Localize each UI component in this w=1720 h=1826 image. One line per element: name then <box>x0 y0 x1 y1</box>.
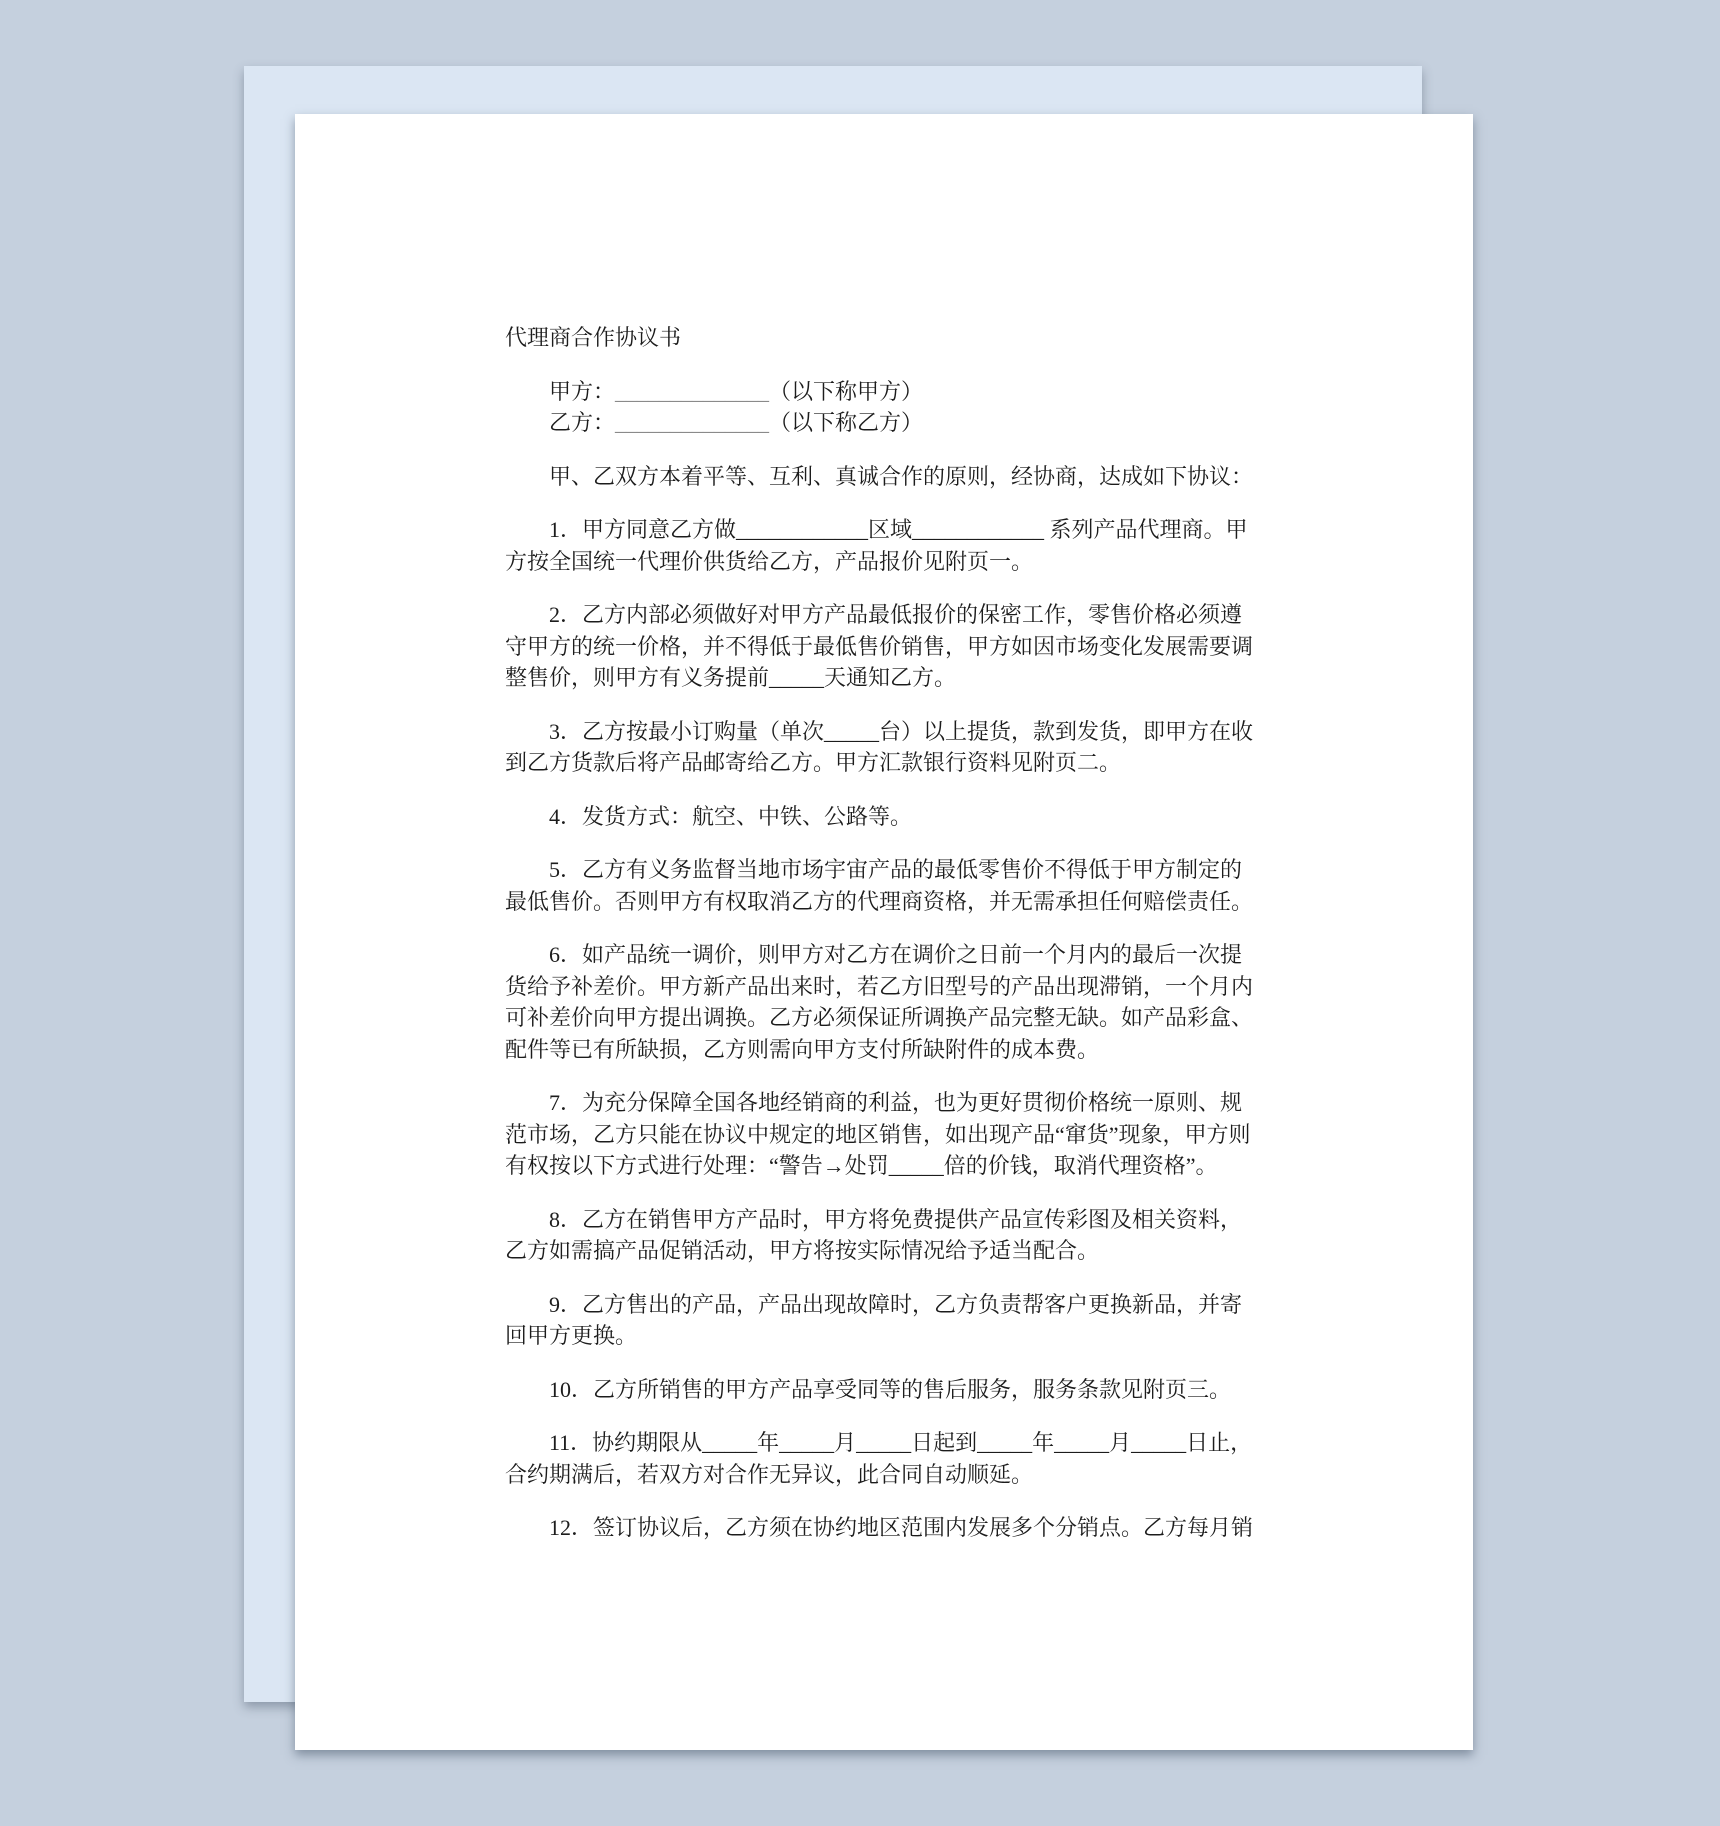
party-lines: 甲方：______________（以下称甲方） 乙方：____________… <box>505 376 1255 439</box>
party-a-line: 甲方：______________（以下称甲方） <box>505 376 1255 408</box>
intro-paragraph: 甲、乙双方本着平等、互利、真诚合作的原则，经协商，达成如下协议： <box>505 461 1255 493</box>
clause-paragraph-5: 5．乙方有义务监督当地市场宇宙产品的最低零售价不得低于甲方制定的最低售价。否则甲… <box>505 854 1255 917</box>
clause-paragraph-9: 9．乙方售出的产品，产品出现故障时，乙方负责帮客户更换新品，并寄回甲方更换。 <box>505 1289 1255 1352</box>
clause-paragraph-12: 12．签订协议后，乙方须在协约地区范围内发展多个分销点。乙方每月销 <box>505 1512 1255 1544</box>
party-b-blank-underline: ______________ <box>615 410 769 435</box>
clause-paragraph-8: 8．乙方在销售甲方产品时，甲方将免费提供产品宣传彩图及相关资料，乙方如需搞产品促… <box>505 1204 1255 1267</box>
party-a-label: 甲方： <box>549 379 615 404</box>
party-b-line: 乙方：______________（以下称乙方） <box>505 407 1255 439</box>
party-b-label: 乙方： <box>549 410 615 435</box>
clause-paragraph-7: 7．为充分保障全国各地经销商的利益，也为更好贯彻价格统一原则、规范市场，乙方只能… <box>505 1087 1255 1182</box>
clause-paragraph-10: 10．乙方所销售的甲方产品享受同等的售后服务，服务条款见附页三。 <box>505 1374 1255 1406</box>
desktop-background: { "colors":{ "bg":"#c5d0de", "sheet":"#d… <box>0 0 1720 1826</box>
clause-paragraph-2: 2．乙方内部必须做好对甲方产品最低报价的保密工作，零售价格必须遵守甲方的统一价格… <box>505 599 1255 694</box>
party-b-suffix: （以下称乙方） <box>769 410 923 435</box>
party-a-suffix: （以下称甲方） <box>769 379 923 404</box>
clause-paragraph-1: 1．甲方同意乙方做____________区域____________ 系列产品… <box>505 514 1255 577</box>
document-page: 代理商合作协议书 甲方：______________（以下称甲方） 乙方：___… <box>295 114 1473 1750</box>
clause-paragraph-3: 3．乙方按最小订购量（单次_____台）以上提货，款到发货，即甲方在收到乙方货款… <box>505 716 1255 779</box>
clause-paragraph-11: 11．协约期限从_____年_____月_____日起到_____年_____月… <box>505 1427 1255 1490</box>
party-a-blank-underline: ______________ <box>615 379 769 404</box>
clause-paragraph-6: 6．如产品统一调价，则甲方对乙方在调价之日前一个月内的最后一次提货给予补差价。甲… <box>505 939 1255 1065</box>
document-title: 代理商合作协议书 <box>505 322 1255 354</box>
clause-paragraph-4: 4．发货方式：航空、中铁、公路等。 <box>505 801 1255 833</box>
